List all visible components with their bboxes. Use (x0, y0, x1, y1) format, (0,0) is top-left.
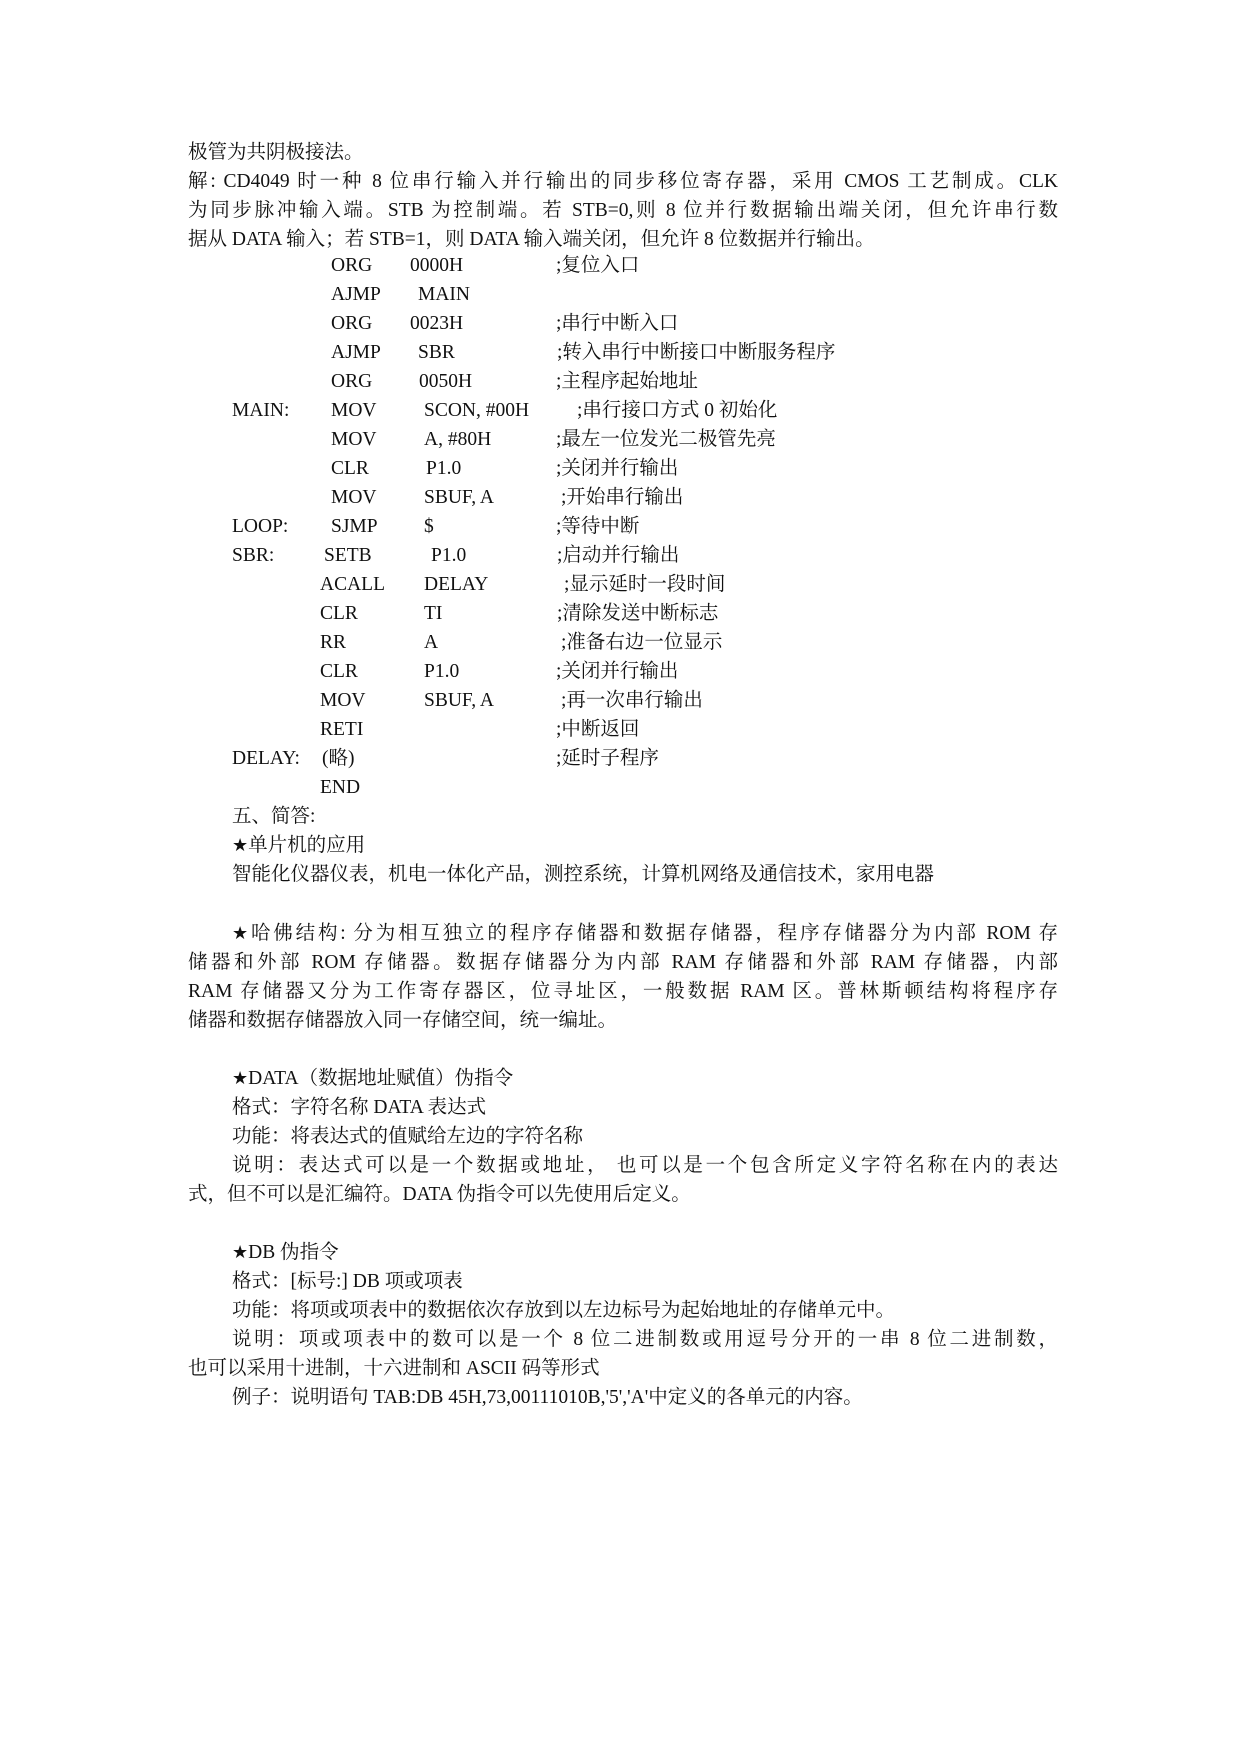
heading-db: ★DB 伪指令 (232, 1241, 339, 1265)
code-comment: ;显示延时一段时间 (564, 573, 725, 597)
heading-data-text: DATA（数据地址赋值）伪指令 (248, 1068, 513, 1089)
code-arg: P1.0 (431, 544, 466, 568)
code-comment: ;启动并行输出 (557, 544, 679, 568)
code-arg: SCON, #00H (424, 399, 529, 423)
intro-line-3: 为同步脉冲输入端。STB 为控制端。若 STB=0,则 8 位并行数据输出端关闭… (188, 199, 1058, 223)
harvard-text-1: 哈佛结构: 分为相互独立的程序存储器和数据存储器，程序存储器分为内部 ROM 存 (251, 923, 1058, 944)
code-label: MAIN: (232, 399, 289, 423)
heading-app-text: 单片机的应用 (248, 835, 365, 856)
code-op: CLR (331, 457, 369, 481)
code-comment: ;主程序起始地址 (556, 370, 698, 394)
code-op: MOV (331, 428, 377, 452)
code-op: AJMP (331, 341, 381, 365)
code-comment: ;中断返回 (556, 718, 639, 742)
code-arg: SBUF, A (424, 486, 494, 510)
code-op: RR (320, 631, 346, 655)
code-arg: P1.0 (424, 660, 459, 684)
harvard-line-1: ★哈佛结构: 分为相互独立的程序存储器和数据存储器，程序存储器分为内部 ROM … (232, 922, 1058, 946)
code-arg: A (424, 631, 438, 655)
code-comment: ;转入串行中断接口中断服务程序 (557, 341, 835, 365)
code-arg: TI (424, 602, 442, 626)
code-arg: A, #80H (424, 428, 491, 452)
section-title: 五、简答: (232, 805, 315, 829)
code-arg: $ (424, 515, 434, 539)
code-arg: SBUF, A (424, 689, 494, 713)
data-desc-line-1: 说明：表达式可以是一个数据或地址， 也可以是一个包含所定义字符名称在内的表达 (232, 1154, 1058, 1178)
code-op: ORG (331, 370, 372, 394)
code-arg: SBR (418, 341, 455, 365)
harvard-line-2: 储器和外部 ROM 存储器。数据存储器分为内部 RAM 存储器和外部 RAM 存… (188, 951, 1058, 975)
data-function: 功能：将表达式的值赋给左边的字符名称 (232, 1125, 583, 1149)
code-comment: ;等待中断 (556, 515, 639, 539)
code-arg: 0050H (419, 370, 472, 394)
intro-line-2: 解: CD4049 时一种 8 位串行输入并行输出的同步移位寄存器，采用 CMO… (188, 170, 1058, 194)
harvard-line-4: 储器和数据存储器放入同一存储空间，统一编址。 (188, 1009, 1058, 1033)
code-label: LOOP: (232, 515, 288, 539)
star-icon: ★ (232, 1068, 248, 1089)
code-op: SETB (324, 544, 372, 568)
data-format: 格式：字符名称 DATA 表达式 (232, 1096, 486, 1120)
intro-line-1: 极管为共阴极接法。 (188, 141, 1058, 165)
harvard-line-3: RAM 存储器又分为工作寄存器区，位寻址区，一般数据 RAM 区。普林斯顿结构将… (188, 980, 1058, 1004)
code-op: MOV (331, 399, 377, 423)
document-page: 极管为共阴极接法。 解: CD4049 时一种 8 位串行输入并行输出的同步移位… (0, 0, 1241, 1754)
code-comment: ;开始串行输出 (561, 486, 683, 510)
code-arg: 0023H (410, 312, 463, 336)
data-desc-line-2: 式，但不可以是汇编符。DATA 伪指令可以先使用后定义。 (188, 1183, 1058, 1207)
db-function: 功能：将项或项表中的数据依次存放到以左边标号为起始地址的存储单元中。 (232, 1299, 895, 1323)
heading-app: ★单片机的应用 (232, 834, 365, 858)
code-comment: ;关闭并行输出 (556, 457, 678, 481)
code-op: ORG (331, 312, 372, 336)
star-icon: ★ (232, 835, 248, 856)
code-comment: ;串行中断入口 (556, 312, 678, 336)
code-op: (略) (322, 747, 355, 771)
app-body: 智能化仪器仪表，机电一体化产品，测控系统，计算机网络及通信技术，家用电器 (232, 863, 934, 887)
code-op: SJMP (331, 515, 378, 539)
code-arg: 0000H (410, 254, 463, 278)
db-format: 格式：[标号:] DB 项或项表 (232, 1270, 463, 1294)
code-op: ACALL (320, 573, 385, 597)
code-arg: P1.0 (426, 457, 461, 481)
star-icon: ★ (232, 923, 251, 944)
code-op: MOV (320, 689, 366, 713)
code-op: ORG (331, 254, 372, 278)
intro-line-4: 据从 DATA 输入；若 STB=1，则 DATA 输入端关闭，但允许 8 位数… (188, 228, 1058, 252)
code-op: END (320, 776, 360, 800)
code-comment: ;延时子程序 (556, 747, 659, 771)
code-comment: ;清除发送中断标志 (557, 602, 718, 626)
code-op: CLR (320, 602, 358, 626)
code-comment: ;复位入口 (556, 254, 639, 278)
star-icon: ★ (232, 1242, 248, 1263)
heading-db-text: DB 伪指令 (248, 1242, 338, 1263)
code-label: SBR: (232, 544, 274, 568)
code-comment: ;准备右边一位显示 (561, 631, 722, 655)
code-comment: ;串行接口方式 0 初始化 (577, 399, 777, 423)
heading-data: ★DATA（数据地址赋值）伪指令 (232, 1067, 513, 1091)
code-op: AJMP (331, 283, 381, 307)
code-arg: DELAY (424, 573, 488, 597)
code-op: CLR (320, 660, 358, 684)
code-comment: ;关闭并行输出 (556, 660, 678, 684)
code-op: RETI (320, 718, 363, 742)
db-desc-line-2: 也可以采用十进制，十六进制和 ASCII 码等形式 (188, 1357, 1058, 1381)
code-label: DELAY: (232, 747, 300, 771)
code-comment: ;再一次串行输出 (561, 689, 703, 713)
db-desc-line-1: 说明：项或项表中的数可以是一个 8 位二进制数或用逗号分开的一串 8 位二进制数… (232, 1328, 1058, 1352)
code-op: MOV (331, 486, 377, 510)
code-arg: MAIN (418, 283, 470, 307)
db-example: 例子：说明语句 TAB:DB 45H,73,00111010B,'5','A'中… (232, 1386, 863, 1410)
code-comment: ;最左一位发光二极管先亮 (556, 428, 776, 452)
